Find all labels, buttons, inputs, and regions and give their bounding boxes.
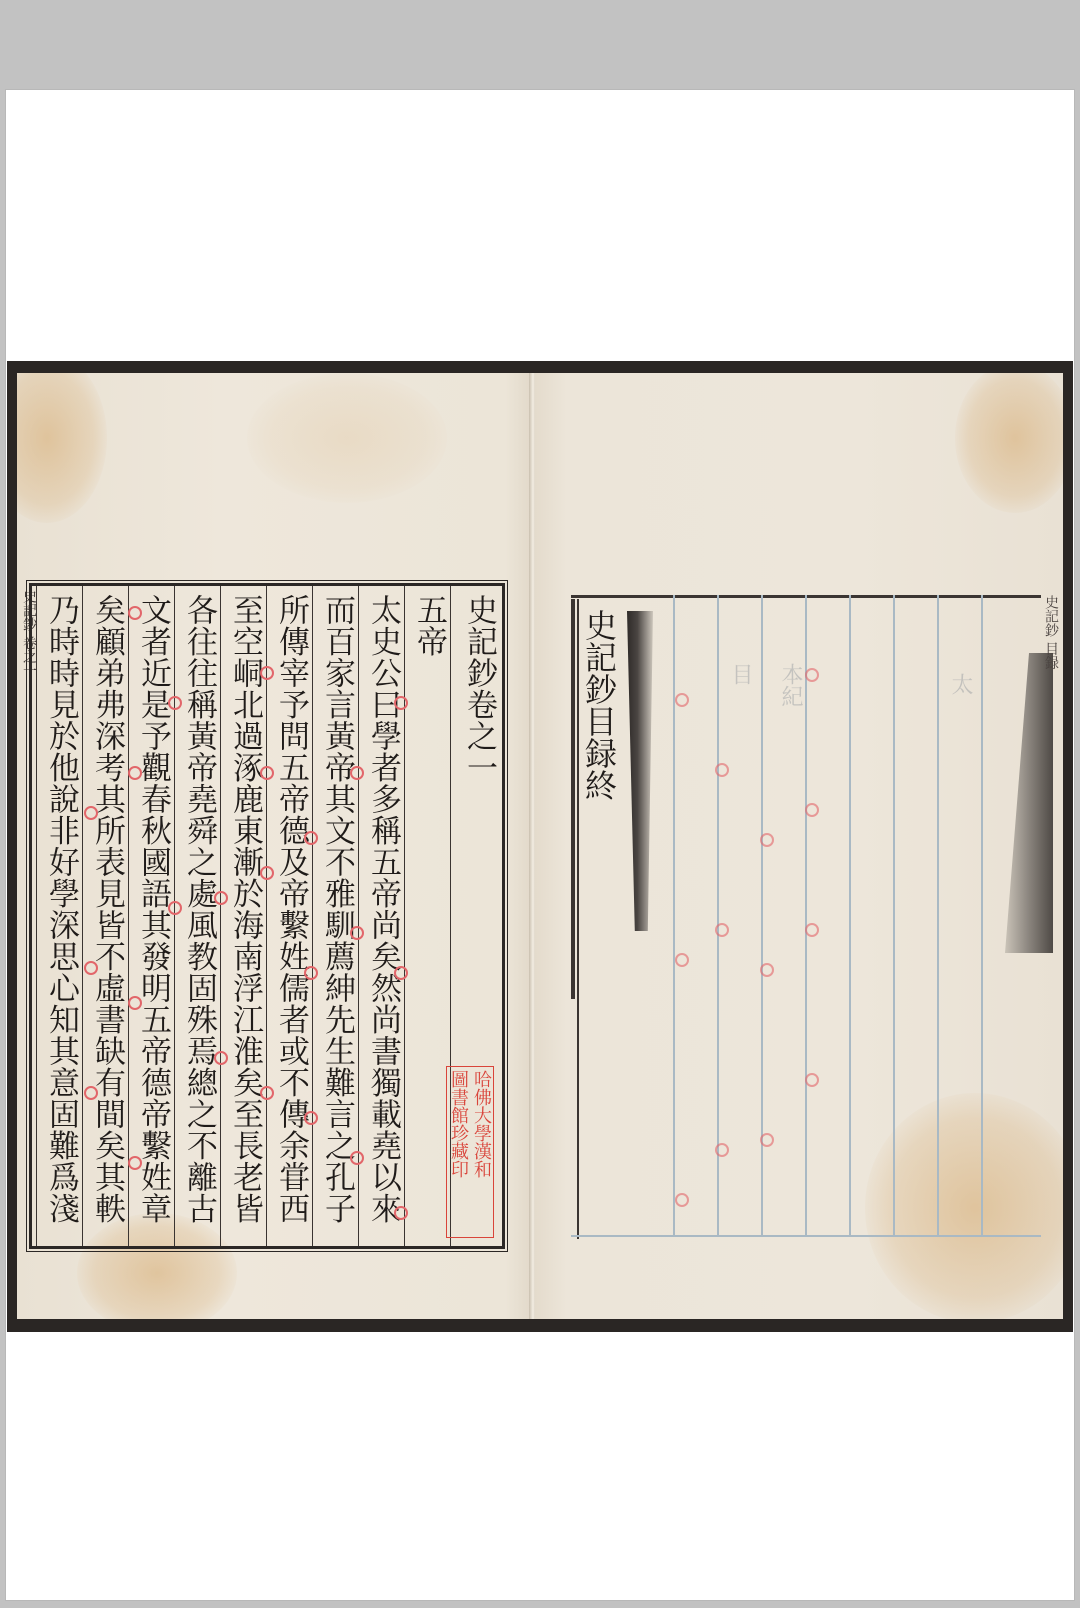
border-line: [571, 599, 575, 999]
faint-punctuation-mark: [715, 1143, 729, 1157]
text-column: 乃時時見於他說非好學深思心知其意固難爲淺: [36, 586, 82, 1246]
punctuation-mark: [394, 696, 408, 710]
text-column: 至空峒北過涿鹿東漸於海南浮江淮矣至長老皆: [220, 586, 266, 1246]
left-page: 史記鈔 卷之一 史記鈔卷之一 五帝 太史公曰學者多稱五帝尚矣然尚書獨載堯以來 而…: [17, 373, 531, 1319]
punctuation-mark: [394, 966, 408, 980]
faint-punctuation-mark: [805, 803, 819, 817]
ruling-line: [673, 595, 675, 1235]
ruling-line: [849, 595, 851, 1235]
punctuation-mark: [84, 1086, 98, 1100]
water-stain: [955, 373, 1063, 513]
punctuation-mark: [304, 966, 318, 980]
faint-punctuation-mark: [675, 953, 689, 967]
faint-punctuation-mark: [675, 1193, 689, 1207]
faint-punctuation-mark: [760, 833, 774, 847]
punctuation-mark: [304, 831, 318, 845]
punctuation-mark: [214, 1051, 228, 1065]
ruling-line: [893, 595, 895, 1235]
bleed-through-text: 本紀: [775, 663, 806, 707]
faint-punctuation-mark: [675, 693, 689, 707]
punctuation-mark: [350, 1151, 364, 1165]
faint-punctuation-mark: [715, 763, 729, 777]
seal-text: 圖書館珍藏印: [447, 1067, 470, 1237]
punctuation-mark: [304, 1111, 318, 1125]
bleed-through-text: 目: [725, 663, 756, 685]
text-column: 太史公曰學者多稱五帝尚矣然尚書獨載堯以來: [358, 586, 404, 1246]
water-stain: [17, 373, 107, 523]
punctuation-mark: [260, 666, 274, 680]
table-of-contents-end-title: 史記鈔目録終: [579, 609, 619, 801]
punctuation-mark: [128, 766, 142, 780]
ruling-line: [981, 595, 983, 1235]
punctuation-mark: [168, 901, 182, 915]
printed-text-block: 史記鈔卷之一 五帝 太史公曰學者多稱五帝尚矣然尚書獨載堯以來 而百家言黃帝其文不…: [29, 583, 505, 1249]
punctuation-mark: [128, 606, 142, 620]
ruling-line: [717, 595, 719, 1235]
seal-text: 哈佛大學漢和: [470, 1067, 493, 1237]
punctuation-mark: [350, 766, 364, 780]
ruling-line: [937, 595, 939, 1235]
text-column: 各往往稱黃帝堯舜之處風教固殊焉總之不離古: [174, 586, 220, 1246]
text-column: 文者近是予觀春秋國語其發明五帝德帝繫姓章: [128, 586, 174, 1246]
ruling-line: [571, 1235, 1041, 1237]
faint-punctuation-mark: [760, 963, 774, 977]
right-page: 史記鈔目録終 目 本紀 太 史記鈔 目録: [535, 373, 1063, 1319]
punctuation-mark: [350, 926, 364, 940]
punctuation-mark: [84, 961, 98, 975]
punctuation-mark: [128, 996, 142, 1010]
faint-punctuation-mark: [805, 923, 819, 937]
punctuation-mark: [168, 696, 182, 710]
faint-punctuation-mark: [760, 1133, 774, 1147]
book-scan: 史記鈔 卷之一 史記鈔卷之一 五帝 太史公曰學者多稱五帝尚矣然尚書獨載堯以來 而…: [7, 361, 1073, 1332]
punctuation-mark: [394, 1206, 408, 1220]
faint-punctuation-mark: [715, 923, 729, 937]
section-title: 五帝: [404, 586, 450, 1246]
faint-punctuation-mark: [805, 1073, 819, 1087]
text-column: 矣顧弟弗深考其所表見皆不虛書缺有間矣其軼: [82, 586, 128, 1246]
library-seal-stamp: 哈佛大學漢和 圖書館珍藏印: [446, 1066, 494, 1238]
punctuation-mark: [260, 1086, 274, 1100]
bleed-through-text: 太: [945, 673, 976, 695]
punctuation-mark: [260, 766, 274, 780]
punctuation-mark: [214, 891, 228, 905]
water-stain: [247, 373, 447, 503]
faint-punctuation-mark: [805, 668, 819, 682]
text-column: 所傳宰予問五帝德及帝繫姓儒者或不傳余甞西: [266, 586, 312, 1246]
punctuation-mark: [128, 1156, 142, 1170]
text-column: 而百家言黃帝其文不雅馴薦紳先生難言之孔子: [312, 586, 358, 1246]
punctuation-mark: [84, 806, 98, 820]
punctuation-mark: [260, 866, 274, 880]
fold-margin-label: 史記鈔 目録: [1039, 595, 1061, 1235]
